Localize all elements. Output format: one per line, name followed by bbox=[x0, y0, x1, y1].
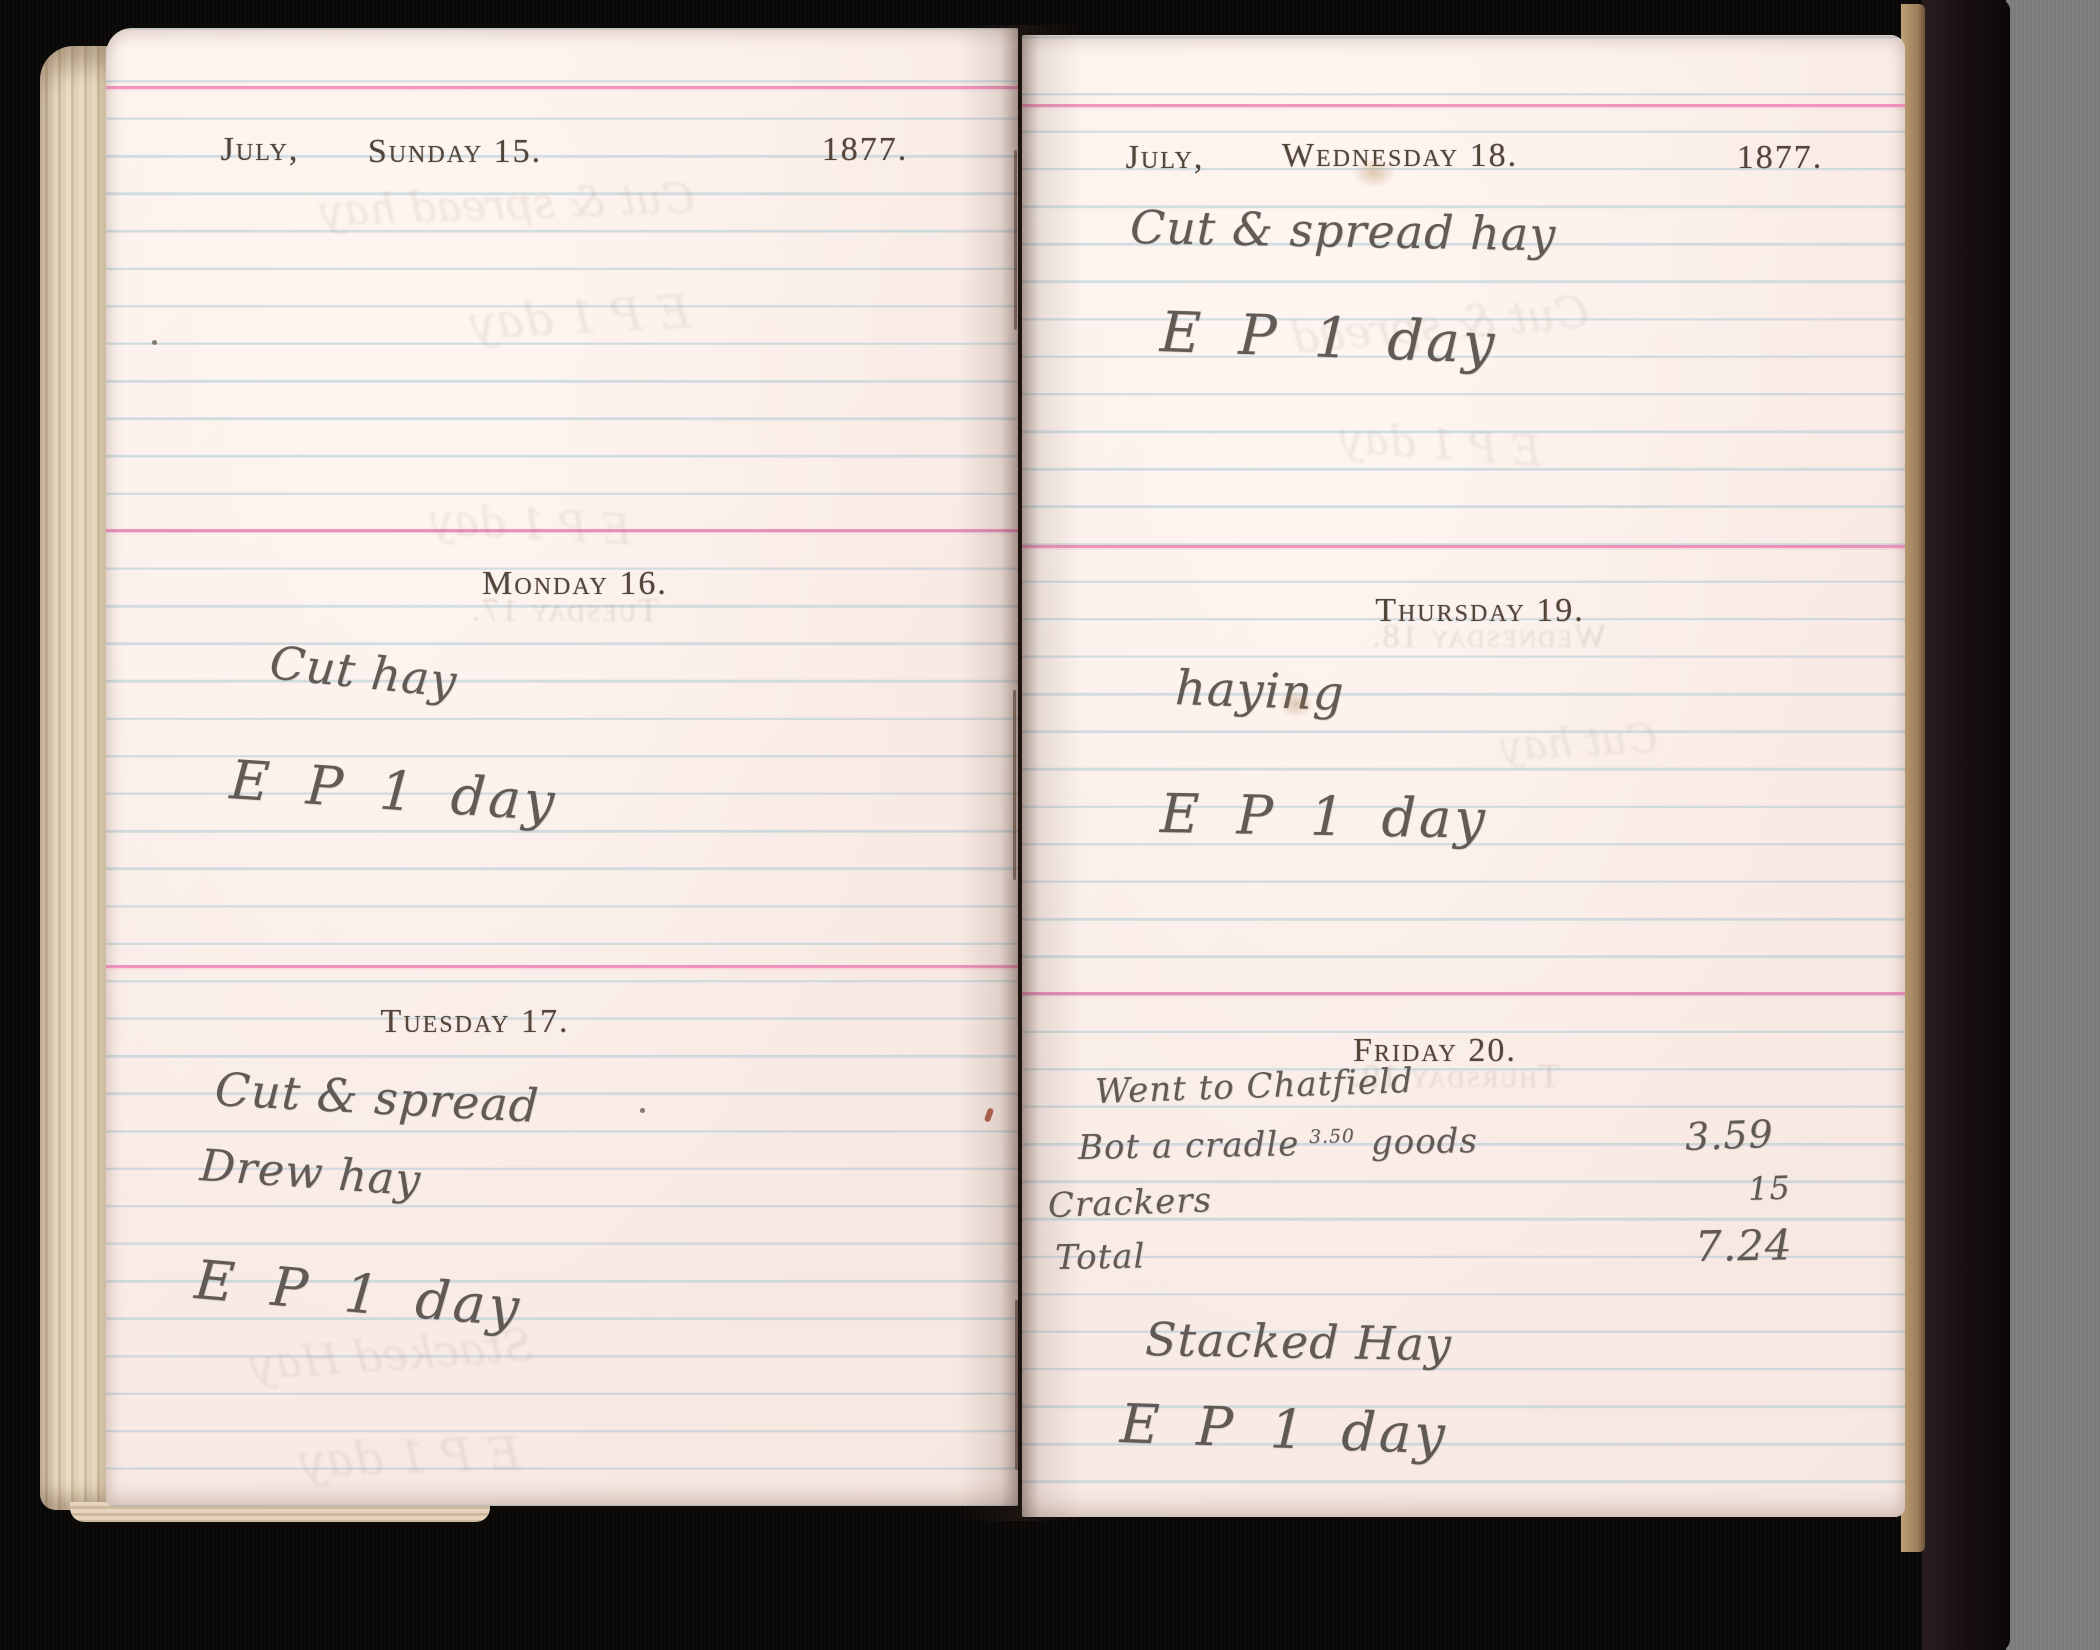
section-divider-line bbox=[106, 965, 1018, 968]
paper-stain bbox=[1278, 690, 1314, 718]
page-stack-edges bbox=[40, 46, 112, 1510]
gutter-crack bbox=[1014, 150, 1017, 330]
entry-friday-total: Total bbox=[1055, 1236, 1146, 1278]
day-header-monday-16: Monday 16. bbox=[460, 565, 690, 603]
entry-thursday-line-2: E P 1 day bbox=[1159, 782, 1488, 851]
scanner-background bbox=[2006, 0, 2100, 1650]
bleed-through-text: E P 1 day bbox=[469, 284, 692, 349]
entry-wednesday-line-2: E P 1 day bbox=[1159, 300, 1499, 377]
day-header-thursday-19: Thursday 19. bbox=[1350, 592, 1610, 630]
amount-purchase: 3.59 bbox=[1684, 1112, 1774, 1159]
bleed-through-text: E P 1 day bbox=[429, 495, 633, 554]
amount-crackers: 15 bbox=[1747, 1169, 1791, 1208]
gutter-crack bbox=[1013, 690, 1016, 880]
dust-speck bbox=[152, 340, 157, 345]
section-divider-line bbox=[1022, 104, 1905, 107]
entry-friday-purchase: Bot a cradle3.50goods bbox=[1078, 1121, 1479, 1168]
amount-total: 7.24 bbox=[1695, 1220, 1793, 1271]
entry-friday-work: Stacked Hay bbox=[1145, 1312, 1453, 1371]
entry-wednesday-line-1: Cut & spread hay bbox=[1130, 200, 1557, 261]
entry-friday-credit: E P 1 day bbox=[1119, 1392, 1449, 1466]
purchase-word: goods bbox=[1371, 1121, 1479, 1163]
day-header-sunday-15: Sunday 15. bbox=[350, 133, 560, 171]
bleed-through-text: E P 1 day bbox=[299, 1426, 521, 1488]
day-header-wednesday-18: Wednesday 18. bbox=[1270, 137, 1530, 175]
entry-friday-crackers: Crackers bbox=[1047, 1180, 1212, 1226]
year-label-left: 1877. bbox=[800, 131, 930, 169]
month-label-left: July, bbox=[180, 131, 340, 169]
month-label-right: July, bbox=[1085, 139, 1245, 177]
day-header-tuesday-17: Tuesday 17. bbox=[360, 1003, 590, 1041]
entry-thursday-line-1: haying bbox=[1174, 660, 1345, 722]
year-label-right: 1877. bbox=[1715, 139, 1845, 177]
section-divider-line bbox=[106, 86, 1018, 89]
section-divider-line bbox=[1022, 545, 1905, 548]
dust-speck bbox=[640, 1108, 645, 1113]
gutter-crack bbox=[1015, 1300, 1018, 1470]
paper-stain bbox=[1352, 158, 1396, 188]
book-cover-edge bbox=[1922, 0, 2010, 1650]
section-divider-line bbox=[1022, 992, 1905, 995]
purchase-superscript: 3.50 bbox=[1309, 1126, 1355, 1148]
book-gutter bbox=[958, 25, 1082, 1521]
diary-scan: Cut & spread hay E P 1 day Tuesday 17. E… bbox=[0, 0, 2100, 1650]
purchase-text: Bot a cradle bbox=[1078, 1124, 1300, 1168]
bleed-through-text: Cut hay bbox=[1499, 716, 1659, 770]
